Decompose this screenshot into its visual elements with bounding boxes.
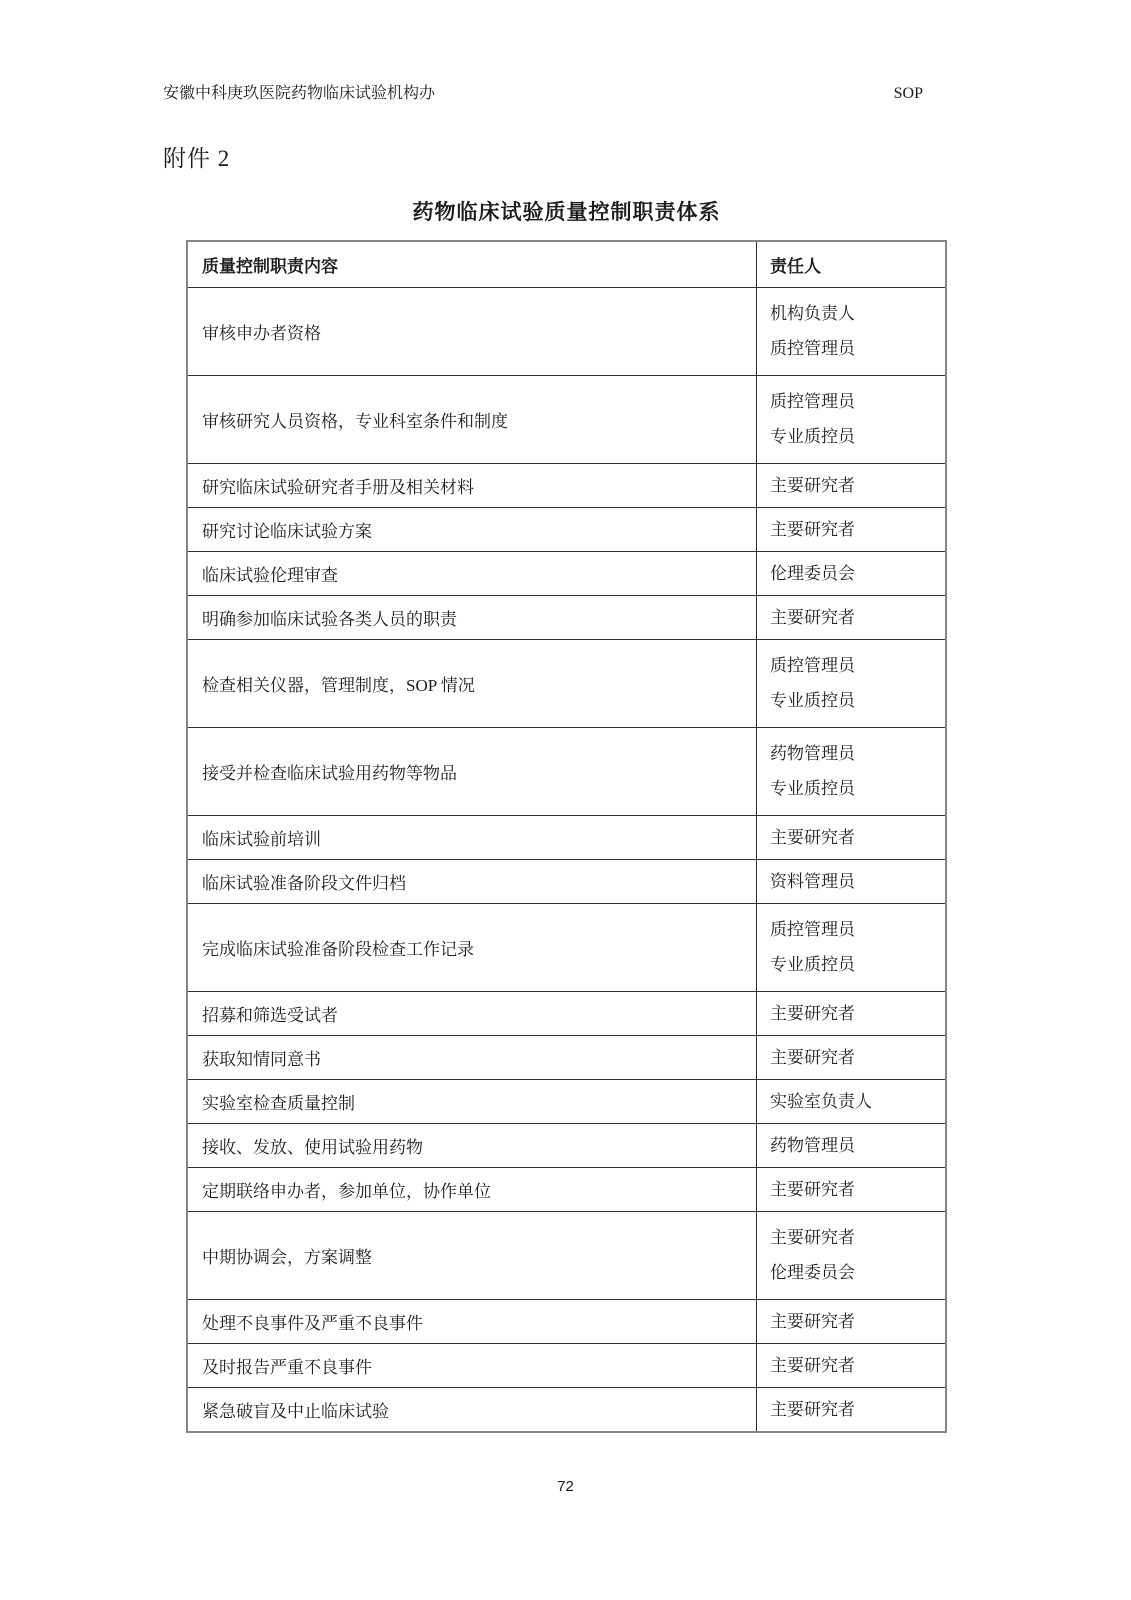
responsible-person: 质控管理员 — [770, 920, 945, 940]
responsible-person: 质控管理员 — [770, 656, 945, 676]
duty-cell: 审核申办者资格 — [188, 288, 757, 375]
page-title: 药物临床试验质量控制职责体系 — [186, 196, 947, 226]
duty-cell: 明确参加临床试验各类人员的职责 — [188, 596, 757, 639]
responsible-person: 伦理委员会 — [770, 564, 945, 584]
responsible-person: 主要研究者 — [770, 608, 945, 628]
header-right-text: SOP — [894, 85, 923, 103]
page-number: 72 — [0, 1478, 1131, 1495]
page-header: 安徽中科庚玖医院药物临床试验机构办 SOP — [163, 80, 923, 103]
responsible-cell: 药物管理员 — [757, 1124, 945, 1167]
responsible-cell: 实验室负责人 — [757, 1080, 945, 1123]
responsible-person: 质控管理员 — [770, 392, 945, 412]
responsibility-table: 质量控制职责内容 责任人 审核申办者资格 机构负责人质控管理员 审核研究人员资格… — [186, 240, 947, 1433]
document-page: 安徽中科庚玖医院药物临床试验机构办 SOP 附件 2 药物临床试验质量控制职责体… — [0, 0, 1131, 1600]
duty-cell: 完成临床试验准备阶段检查工作记录 — [188, 904, 757, 991]
responsible-person: 主要研究者 — [770, 1312, 945, 1332]
responsible-person: 主要研究者 — [770, 1004, 945, 1024]
responsible-person: 药物管理员 — [770, 1136, 945, 1156]
responsible-cell: 质控管理员专业质控员 — [757, 904, 945, 991]
duty-cell: 检查相关仪器，管理制度，SOP 情况 — [188, 640, 757, 727]
responsible-cell: 主要研究者 — [757, 508, 945, 551]
table-row: 审核申办者资格 机构负责人质控管理员 — [188, 287, 945, 375]
table-row: 临床试验准备阶段文件归档 资料管理员 — [188, 859, 945, 903]
responsible-person: 机构负责人 — [770, 304, 945, 324]
responsible-person: 主要研究者 — [770, 1180, 945, 1200]
duty-cell: 研究临床试验研究者手册及相关材料 — [188, 464, 757, 507]
table-row: 实验室检查质量控制 实验室负责人 — [188, 1079, 945, 1123]
table-row: 处理不良事件及严重不良事件 主要研究者 — [188, 1299, 945, 1343]
responsible-person: 主要研究者 — [770, 1228, 945, 1248]
responsible-cell: 主要研究者伦理委员会 — [757, 1212, 945, 1299]
responsible-person: 主要研究者 — [770, 520, 945, 540]
duty-cell: 招募和筛选受试者 — [188, 992, 757, 1035]
table-row: 研究讨论临床试验方案 主要研究者 — [188, 507, 945, 551]
responsible-person: 主要研究者 — [770, 476, 945, 496]
responsible-person: 实验室负责人 — [770, 1092, 945, 1112]
responsible-cell: 主要研究者 — [757, 1388, 945, 1431]
column-header-duty: 质量控制职责内容 — [188, 242, 757, 287]
duty-cell: 接收、发放、使用试验用药物 — [188, 1124, 757, 1167]
table-row: 中期协调会，方案调整 主要研究者伦理委员会 — [188, 1211, 945, 1299]
attachment-label: 附件 2 — [163, 140, 230, 173]
responsible-person: 主要研究者 — [770, 1048, 945, 1068]
duty-cell: 定期联络申办者，参加单位，协作单位 — [188, 1168, 757, 1211]
responsible-person: 质控管理员 — [770, 339, 945, 359]
table-row: 招募和筛选受试者 主要研究者 — [188, 991, 945, 1035]
table-row: 紧急破盲及中止临床试验 主要研究者 — [188, 1387, 945, 1431]
responsible-cell: 主要研究者 — [757, 1300, 945, 1343]
responsible-cell: 质控管理员专业质控员 — [757, 640, 945, 727]
table-row: 临床试验伦理审查 伦理委员会 — [188, 551, 945, 595]
responsible-cell: 质控管理员专业质控员 — [757, 376, 945, 463]
responsible-cell: 资料管理员 — [757, 860, 945, 903]
table-row: 及时报告严重不良事件 主要研究者 — [188, 1343, 945, 1387]
responsible-cell: 主要研究者 — [757, 1344, 945, 1387]
responsible-person: 药物管理员 — [770, 744, 945, 764]
table-row: 研究临床试验研究者手册及相关材料 主要研究者 — [188, 463, 945, 507]
table-body: 审核申办者资格 机构负责人质控管理员 审核研究人员资格，专业科室条件和制度 质控… — [188, 287, 945, 1431]
duty-cell: 审核研究人员资格，专业科室条件和制度 — [188, 376, 757, 463]
duty-cell: 临床试验伦理审查 — [188, 552, 757, 595]
duty-cell: 实验室检查质量控制 — [188, 1080, 757, 1123]
duty-cell: 临床试验准备阶段文件归档 — [188, 860, 757, 903]
duty-cell: 紧急破盲及中止临床试验 — [188, 1388, 757, 1431]
responsible-cell: 机构负责人质控管理员 — [757, 288, 945, 375]
table-row: 定期联络申办者，参加单位，协作单位 主要研究者 — [188, 1167, 945, 1211]
responsible-person: 主要研究者 — [770, 1356, 945, 1376]
responsible-person: 资料管理员 — [770, 872, 945, 892]
responsible-person: 专业质控员 — [770, 427, 945, 447]
responsible-cell: 主要研究者 — [757, 1036, 945, 1079]
responsible-person: 专业质控员 — [770, 691, 945, 711]
responsible-cell: 主要研究者 — [757, 464, 945, 507]
duty-cell: 处理不良事件及严重不良事件 — [188, 1300, 757, 1343]
table-row: 审核研究人员资格，专业科室条件和制度 质控管理员专业质控员 — [188, 375, 945, 463]
responsible-person: 主要研究者 — [770, 828, 945, 848]
responsible-cell: 主要研究者 — [757, 1168, 945, 1211]
column-header-responsible: 责任人 — [757, 242, 945, 287]
duty-cell: 接受并检查临床试验用药物等物品 — [188, 728, 757, 815]
responsible-cell: 主要研究者 — [757, 596, 945, 639]
responsible-cell: 伦理委员会 — [757, 552, 945, 595]
table-row: 接受并检查临床试验用药物等物品 药物管理员专业质控员 — [188, 727, 945, 815]
header-left-text: 安徽中科庚玖医院药物临床试验机构办 — [163, 80, 435, 103]
responsible-person: 伦理委员会 — [770, 1263, 945, 1283]
table-row: 检查相关仪器，管理制度，SOP 情况 质控管理员专业质控员 — [188, 639, 945, 727]
duty-cell: 研究讨论临床试验方案 — [188, 508, 757, 551]
duty-cell: 获取知情同意书 — [188, 1036, 757, 1079]
table-header-row: 质量控制职责内容 责任人 — [188, 242, 945, 287]
table-row: 接收、发放、使用试验用药物 药物管理员 — [188, 1123, 945, 1167]
responsible-person: 专业质控员 — [770, 779, 945, 799]
duty-cell: 中期协调会，方案调整 — [188, 1212, 757, 1299]
duty-cell: 临床试验前培训 — [188, 816, 757, 859]
table-row: 临床试验前培训 主要研究者 — [188, 815, 945, 859]
responsible-cell: 主要研究者 — [757, 816, 945, 859]
responsible-person: 专业质控员 — [770, 955, 945, 975]
table-row: 完成临床试验准备阶段检查工作记录 质控管理员专业质控员 — [188, 903, 945, 991]
responsible-cell: 药物管理员专业质控员 — [757, 728, 945, 815]
duty-cell: 及时报告严重不良事件 — [188, 1344, 757, 1387]
table-row: 明确参加临床试验各类人员的职责 主要研究者 — [188, 595, 945, 639]
responsible-cell: 主要研究者 — [757, 992, 945, 1035]
responsible-person: 主要研究者 — [770, 1400, 945, 1420]
table-row: 获取知情同意书 主要研究者 — [188, 1035, 945, 1079]
